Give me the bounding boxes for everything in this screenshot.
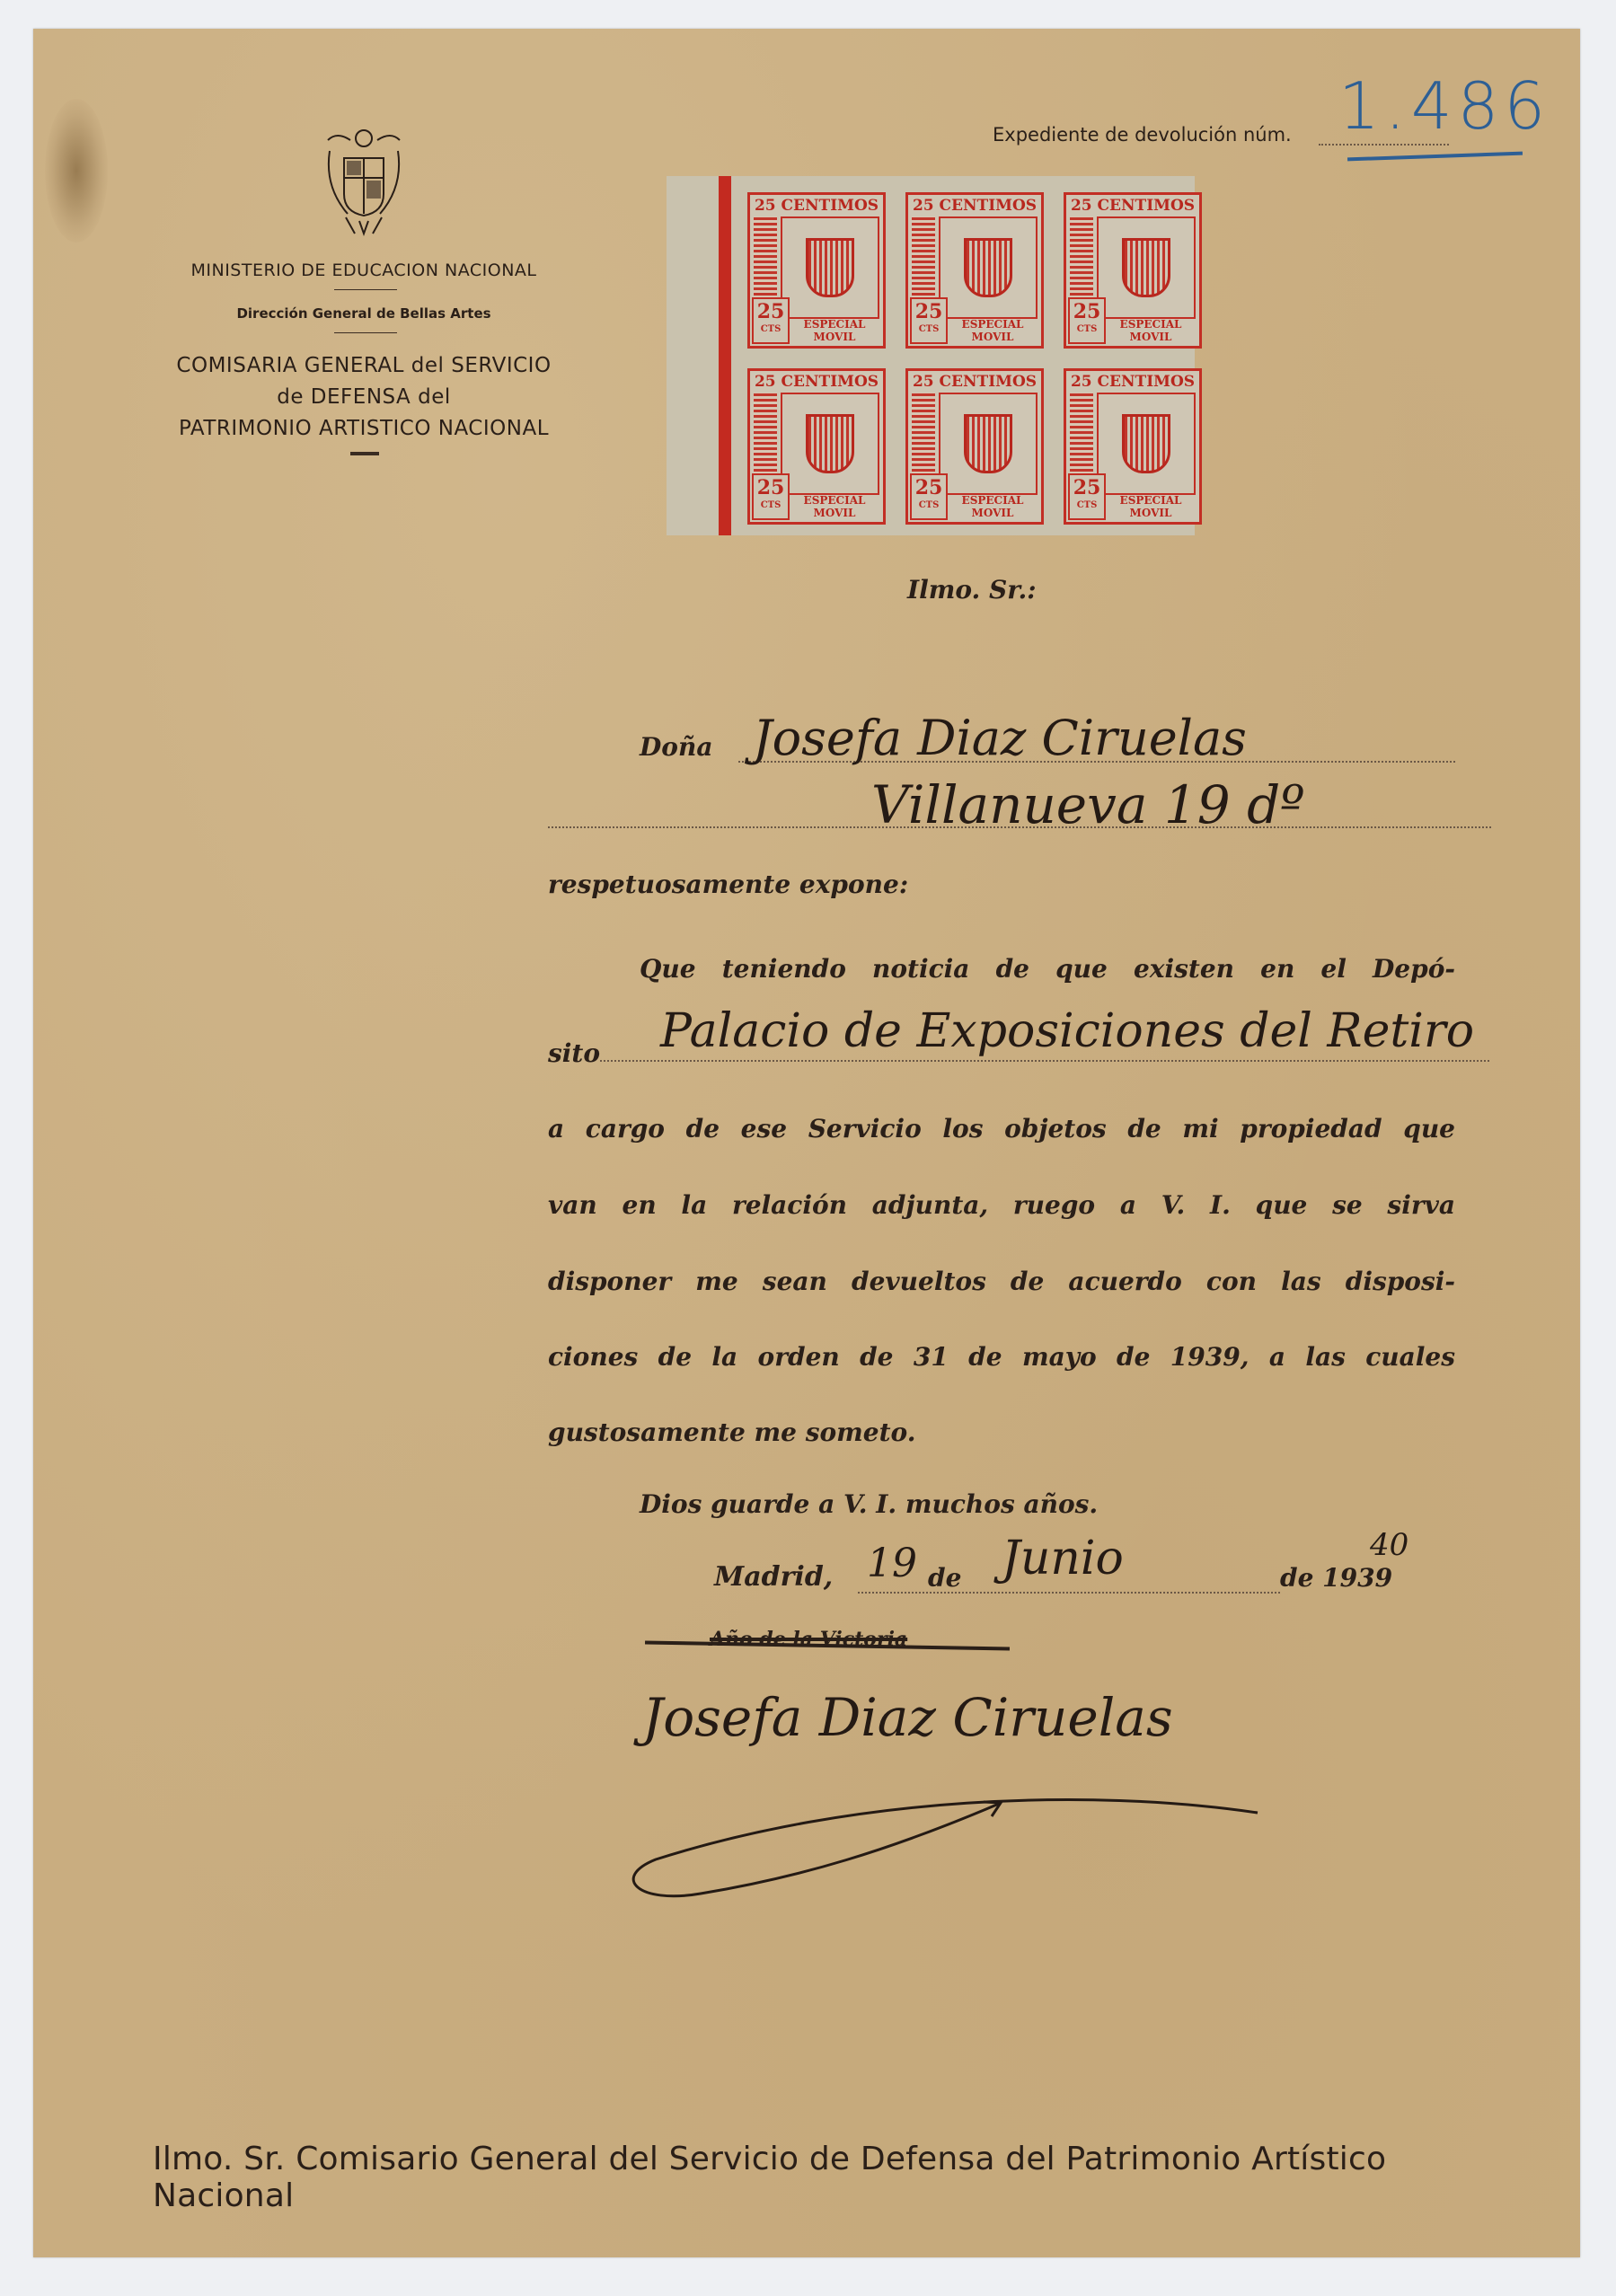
spanish-coat-of-arms-icon [319,124,409,239]
signature-flourish-icon [620,1779,1285,1904]
stamp-type: ESPECIAL MOVIL [946,318,1039,343]
stamp-type: ESPECIAL MOVIL [946,494,1039,519]
stamp-value: 25CTS [752,473,790,520]
eagle-crest-icon [1097,216,1196,319]
revenue-stamp: 25 CENTIMOS 25CTS ESPECIAL MOVIL [747,368,886,525]
salutation: Ilmo. Sr.: [907,575,1037,605]
ministry-name: MINISTERIO DE EDUCACION NACIONAL [153,261,575,280]
staple-stain [45,99,108,243]
body-line-6: gustosamente me someto. [548,1417,915,1447]
stamp-value: 25CTS [910,473,948,520]
signature-field[interactable]: Josefa Diaz Ciruelas [642,1687,1173,1748]
revenue-stamp: 25 CENTIMOS 25CTS ESPECIAL MOVIL [905,192,1044,349]
date-de-label: de [928,1563,961,1593]
divider [334,289,397,290]
commission-line-3: PATRIMONIO ARTISTICO NACIONAL [153,413,575,445]
revenue-stamp: 25 CENTIMOS 25CTS ESPECIAL MOVIL [905,368,1044,525]
stamp-type: ESPECIAL MOVIL [1104,318,1197,343]
deposit-field-line [600,1060,1489,1062]
stamp-type: ESPECIAL MOVIL [788,494,881,519]
applicant-title-label: Doña [640,732,712,762]
addressee-footer: Ilmo. Sr. Comisario General del Servicio… [153,2141,1482,2214]
eagle-crest-icon [939,393,1038,495]
deposit-label: sito [548,1038,600,1068]
body-line-5: ciones de la orden de 31 de mayo de 1939… [548,1342,1455,1372]
handwritten-year-correction[interactable]: 40 [1370,1527,1408,1563]
date-de-label: de [1280,1563,1313,1593]
stamp-denomination: 25 CENTIMOS [1070,197,1196,215]
stamp-type: ESPECIAL MOVIL [788,318,881,343]
date-year: de 1939 [1280,1563,1392,1593]
applicant-address-field[interactable]: Villanueva 19 dº [871,774,1305,835]
stamp-ornament [754,393,777,482]
stamp-grid: 25 CENTIMOS 25CTS ESPECIAL MOVIL 25 CENT… [740,185,1209,532]
stamp-denomination: 25 CENTIMOS [912,373,1038,391]
revenue-stamp: 25 CENTIMOS 25CTS ESPECIAL MOVIL [747,192,886,349]
revenue-stamp-block: 25 CENTIMOS 25CTS ESPECIAL MOVIL 25 CENT… [667,176,1195,535]
divider [350,452,379,455]
file-number-label: Expediente de devolución núm. [993,124,1292,146]
file-number-value[interactable]: 1.486 [1338,68,1550,144]
applicant-name-field[interactable]: Josefa Diaz Ciruelas [753,710,1247,766]
body-intro: respetuosamente expone: [548,870,908,899]
commission-line-1: COMISARIA GENERAL del SERVICIO [153,350,575,382]
body-line-4: disponer me sean devueltos de acuerdo co… [548,1267,1455,1296]
body-line-1: Que teniendo noticia de que existen en e… [640,954,1455,984]
stamp-ornament [912,393,935,482]
printed-year: 1939 [1322,1563,1392,1593]
stamp-value: 25CTS [1068,297,1106,344]
eagle-crest-icon [781,216,879,319]
deposit-field[interactable]: Palacio de Exposiciones del Retiro [660,1004,1474,1058]
eagle-crest-icon [1097,393,1196,495]
eagle-crest-icon [781,393,879,495]
eagle-crest-icon [939,216,1038,319]
commission-line-2: de DEFENSA del [153,382,575,413]
body-line-3: van en la relación adjunta, ruego a V. I… [548,1190,1455,1220]
stamp-margin-stripe [719,176,731,535]
divider [334,332,397,333]
stamp-value: 25CTS [752,297,790,344]
stamp-denomination: 25 CENTIMOS [912,197,1038,215]
stamp-denomination: 25 CENTIMOS [754,373,879,391]
revenue-stamp: 25 CENTIMOS 25CTS ESPECIAL MOVIL [1064,192,1202,349]
date-month-field[interactable]: Junio [1002,1532,1124,1585]
date-field-line [858,1592,1280,1594]
commission-name: COMISARIA GENERAL del SERVICIO de DEFENS… [153,350,575,445]
date-city: Madrid, [714,1561,833,1593]
direction-name: Dirección General de Bellas Artes [153,305,575,322]
stamp-value: 25CTS [910,297,948,344]
closing-formula: Dios guarde a V. I. muchos años. [640,1489,1098,1519]
stamp-value: 25CTS [1068,473,1106,520]
stamp-denomination: 25 CENTIMOS [1070,373,1196,391]
body-line-2: a cargo de ese Servicio los objetos de m… [548,1114,1455,1144]
stamp-denomination: 25 CENTIMOS [754,197,879,215]
file-number-field-line [1319,144,1449,146]
stamp-ornament [754,216,777,306]
stamp-ornament [912,216,935,306]
stamp-ornament [1070,216,1093,306]
date-day-field[interactable]: 19 [867,1541,917,1586]
stamp-ornament [1070,393,1093,482]
revenue-stamp: 25 CENTIMOS 25CTS ESPECIAL MOVIL [1064,368,1202,525]
stamp-type: ESPECIAL MOVIL [1104,494,1197,519]
